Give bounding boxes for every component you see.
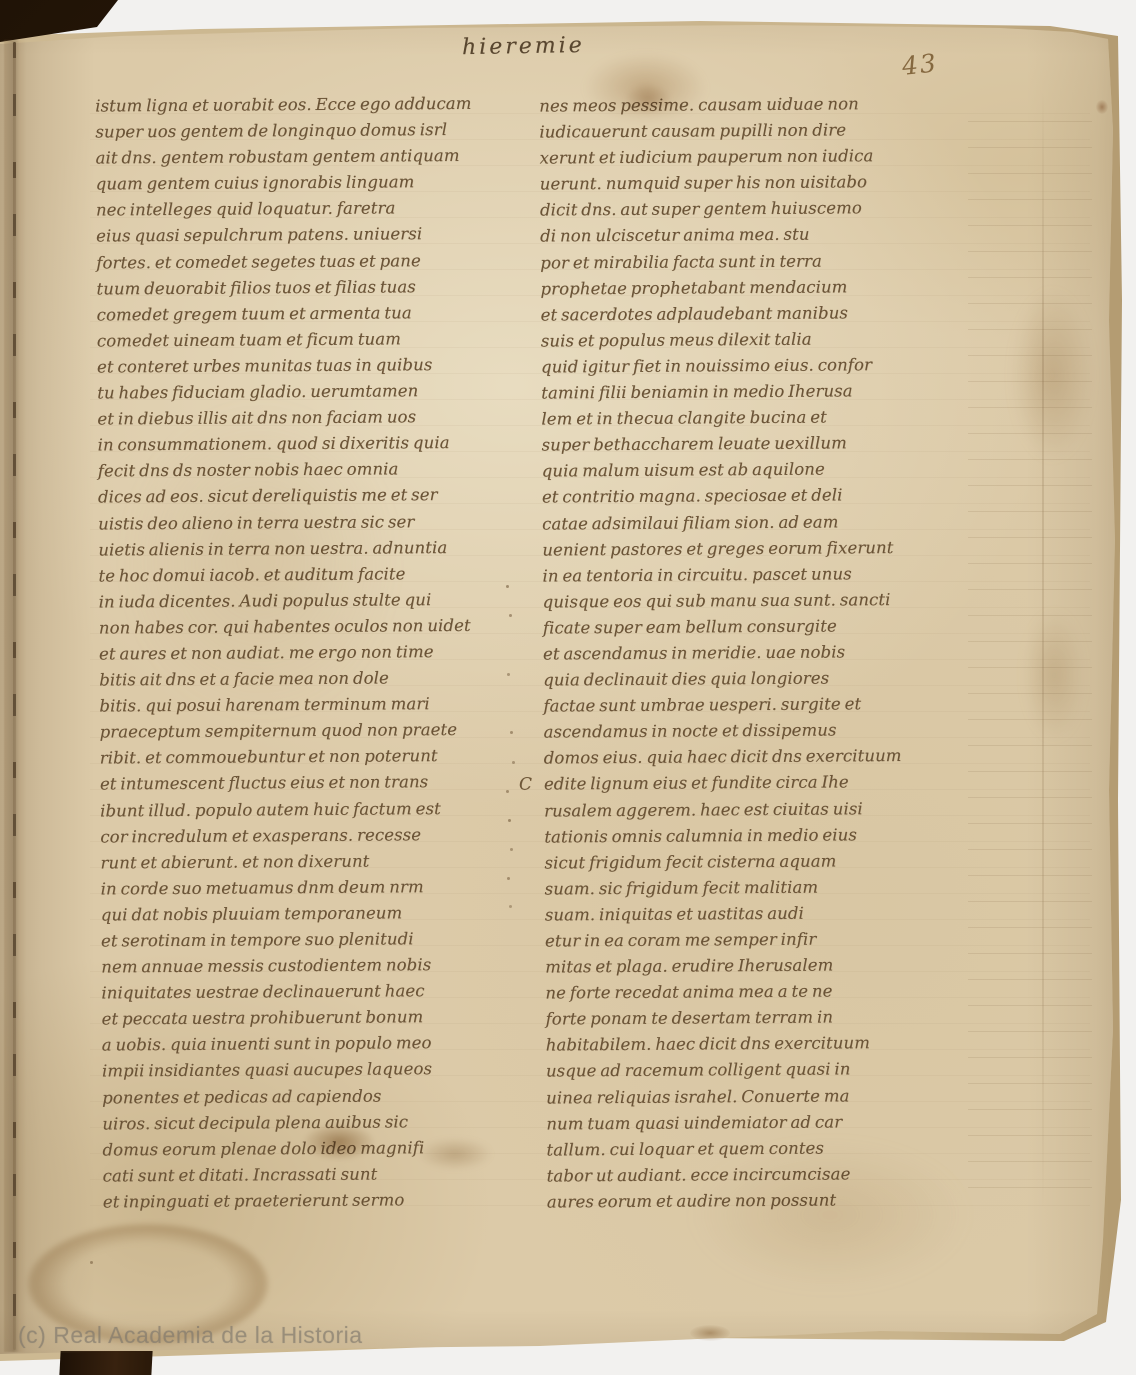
manuscript-line: et in diebus illis ait dns non faciam uo… xyxy=(97,404,517,433)
manuscript-line: runt et abierunt. et non dixerunt xyxy=(100,847,520,876)
manuscript-line: ascendamus in nocte et dissipemus xyxy=(543,717,973,746)
manuscript-line: suam. sic frigidum fecit malitiam xyxy=(545,873,975,902)
manuscript-line: fecit dns ds noster nobis haec omnia xyxy=(98,456,518,485)
manuscript-line: quisque eos qui sub manu sua sunt. sanct… xyxy=(543,586,973,615)
manuscript-line: uietis alienis in terra non uestra. adnu… xyxy=(98,534,518,563)
manuscript-line: sicut frigidum fecit cisterna aquam xyxy=(544,847,974,876)
manuscript-line: ne forte recedat anima mea a te ne xyxy=(545,978,975,1007)
manuscript-line: catae adsimilaui filiam sion. ad eam xyxy=(542,508,972,537)
manuscript-line: non habes cor. qui habentes oculos non u… xyxy=(99,612,519,641)
manuscript-line: nem annuae messis custodientem nobis xyxy=(101,952,521,981)
manuscript-line: qui dat nobis pluuiam temporaneum xyxy=(101,899,521,928)
manuscript-line: usque ad racemum colligent quasi in xyxy=(546,1056,976,1085)
manuscript-line: et ascendamus in meridie. uae nobis xyxy=(543,638,973,667)
manuscript-line: aures eorum et audire non possunt xyxy=(547,1186,977,1215)
manuscript-line: num tuam quasi uindemiator ad car xyxy=(546,1108,976,1137)
manuscript-scan: hieremie 43 istum ligna et uorabit eos. … xyxy=(0,0,1136,1375)
manuscript-line: habitabilem. haec dicit dns exercituum xyxy=(546,1030,976,1059)
right-column: nes meos pessime. causam uiduae noniudic… xyxy=(539,91,977,1216)
manuscript-line: uenient pastores et greges eorum fixerun… xyxy=(542,534,972,563)
manuscript-line: a uobis. quia inuenti sunt in populo meo xyxy=(102,1030,522,1059)
manuscript-line: ibunt illud. populo autem huic factum es… xyxy=(100,795,520,824)
manuscript-line: fortes. et comedet segetes tuas et pane xyxy=(96,247,516,276)
binding-corner-bottom-left xyxy=(59,1351,152,1375)
manuscript-line: uerunt. numquid super his non uisitabo xyxy=(540,169,970,198)
manuscript-line: istum ligna et uorabit eos. Ecce ego add… xyxy=(95,91,515,120)
manuscript-line: iudicauerunt causam pupilli non dire xyxy=(539,117,969,146)
copyright-watermark: (c) Real Academia de la Historia xyxy=(18,1322,363,1349)
manuscript-line: et conteret urbes munitas tuas in quibus xyxy=(97,351,517,380)
manuscript-line: quam gentem cuius ignorabis linguam xyxy=(96,169,516,198)
manuscript-line: por et mirabilia facta sunt in terra xyxy=(540,247,970,276)
running-title: hieremie xyxy=(462,33,585,60)
manuscript-line: praeceptum sempiternum quod non praete xyxy=(99,717,519,746)
manuscript-line: uiros. sicut decipula plena auibus sic xyxy=(102,1108,522,1137)
manuscript-line: super uos gentem de longinquo domus isrl xyxy=(95,117,515,146)
manuscript-line: quid igitur fiet in nouissimo eius. conf… xyxy=(541,351,971,380)
gutter-crease xyxy=(13,42,16,1350)
manuscript-line: et serotinam in tempore suo plenitudi xyxy=(101,926,521,955)
manuscript-line: factae sunt umbrae uesperi. surgite et xyxy=(543,691,973,720)
manuscript-line: impii insidiantes quasi aucupes laqueos xyxy=(102,1056,522,1085)
manuscript-line: forte ponam te desertam terram in xyxy=(545,1004,975,1033)
manuscript-line: suis et populus meus dilexit talia xyxy=(541,325,971,354)
manuscript-line: di non ulciscetur anima mea. stu xyxy=(540,221,970,250)
intercolumn-dots xyxy=(506,585,509,588)
manuscript-line: et peccata uestra prohibuerunt bonum xyxy=(101,1004,521,1033)
manuscript-line: tuum deuorabit filios tuos et filias tua… xyxy=(96,273,516,302)
manuscript-line: et intumescent fluctus eius et non trans xyxy=(100,769,520,798)
manuscript-line: super bethaccharem leuate uexillum xyxy=(541,430,971,459)
manuscript-line: uinea reliquias israhel. Conuerte ma xyxy=(546,1082,976,1111)
manuscript-line: et inpinguati et praeterierunt sermo xyxy=(103,1186,523,1215)
manuscript-line: domus eorum plenae dolo ideo magnifi xyxy=(102,1134,522,1163)
manuscript-line: rusalem aggerem. haec est ciuitas uisi xyxy=(544,795,974,824)
manuscript-line: cati sunt et ditati. Incrassati sunt xyxy=(103,1160,523,1189)
manuscript-line: et contritio magna. speciosae et deli xyxy=(542,482,972,511)
scanner-background: { "document": { "type": "manuscript-code… xyxy=(0,0,1136,1375)
manuscript-line: comedet uineam tuam et ficum tuam xyxy=(97,325,517,354)
manuscript-line: comedet gregem tuum et armenta tua xyxy=(97,299,517,328)
manuscript-line: iniquitates uestrae declinauerunt haec xyxy=(101,978,521,1007)
manuscript-line: nec intelleges quid loquatur. faretra xyxy=(96,195,516,224)
manuscript-line: ait dns. gentem robustam gentem antiquam xyxy=(95,143,515,172)
manuscript-line: bitis. qui posui harenam terminum mari xyxy=(99,691,519,720)
manuscript-line: quia declinauit dies quia longiores xyxy=(543,665,973,694)
manuscript-line: in corde suo metuamus dnm deum nrm xyxy=(101,873,521,902)
manuscript-line: tamini filii beniamin in medio Iherusa xyxy=(541,378,971,407)
manuscript-line: tallum. cui loquar et quem contes xyxy=(546,1134,976,1163)
manuscript-line: domos eius. quia haec dicit dns exercitu… xyxy=(544,743,974,772)
manuscript-line: nes meos pessime. causam uiduae non xyxy=(539,91,969,120)
manuscript-line: quia malum uisum est ab aquilone xyxy=(542,456,972,485)
manuscript-line: et aures et non audiat. me ergo non time xyxy=(99,639,519,668)
manuscript-line: et sacerdotes adplaudebant manibus xyxy=(541,299,971,328)
vertical-fold-line xyxy=(1042,90,1044,1210)
manuscript-line: eius quasi sepulchrum patens. uniuersi xyxy=(96,221,516,250)
manuscript-line: te hoc domui iacob. et auditum facite xyxy=(98,560,518,589)
manuscript-line: in iuda dicentes. Audi populus stulte qu… xyxy=(99,586,519,615)
folio-number: 43 xyxy=(901,48,940,81)
left-column: istum ligna et uorabit eos. Ecce ego add… xyxy=(95,91,523,1216)
manuscript-line: mitas et plaga. erudire Iherusalem xyxy=(545,952,975,981)
manuscript-line: etur in ea coram me semper infir xyxy=(545,925,975,954)
manuscript-line: tationis omnis calumnia in medio eius xyxy=(544,821,974,850)
manuscript-line: suam. iniquitas et uastitas audi xyxy=(545,899,975,928)
manuscript-line: dicit dns. aut super gentem huiuscemo xyxy=(540,195,970,224)
manuscript-line: xerunt et iudicium pauperum non iudica xyxy=(539,143,969,172)
manuscript-line: ribit. et commouebuntur et non poterunt xyxy=(100,743,520,772)
manuscript-line: in ea tentoria in circuitu. pascet unus xyxy=(542,560,972,589)
manuscript-line: cor incredulum et exasperans. recesse xyxy=(100,821,520,850)
manuscript-line: ponentes et pedicas ad capiendos xyxy=(102,1082,522,1111)
manuscript-line: ficate super eam bellum consurgite xyxy=(543,612,973,641)
manuscript-line: Cedite lignum eius et fundite circa Ihe xyxy=(544,769,974,798)
manuscript-line: lem et in thecua clangite bucina et xyxy=(541,404,971,433)
manuscript-line: in consummationem. quod si dixeritis qui… xyxy=(97,430,517,459)
manuscript-line: dices ad eos. sicut dereliquistis me et … xyxy=(98,482,518,511)
manuscript-line: prophetae prophetabant mendacium xyxy=(540,273,970,302)
ruling-lines-right-margin xyxy=(968,96,1092,1211)
manuscript-line: bitis ait dns et a facie mea non dole xyxy=(99,665,519,694)
manuscript-line: tu habes fiduciam gladio. uerumtamen xyxy=(97,378,517,407)
manuscript-line: tabor ut audiant. ecce incircumcisae xyxy=(547,1160,977,1189)
margin-initial-letter: C xyxy=(519,772,532,798)
manuscript-line: uistis deo alieno in terra uestra sic se… xyxy=(98,508,518,537)
